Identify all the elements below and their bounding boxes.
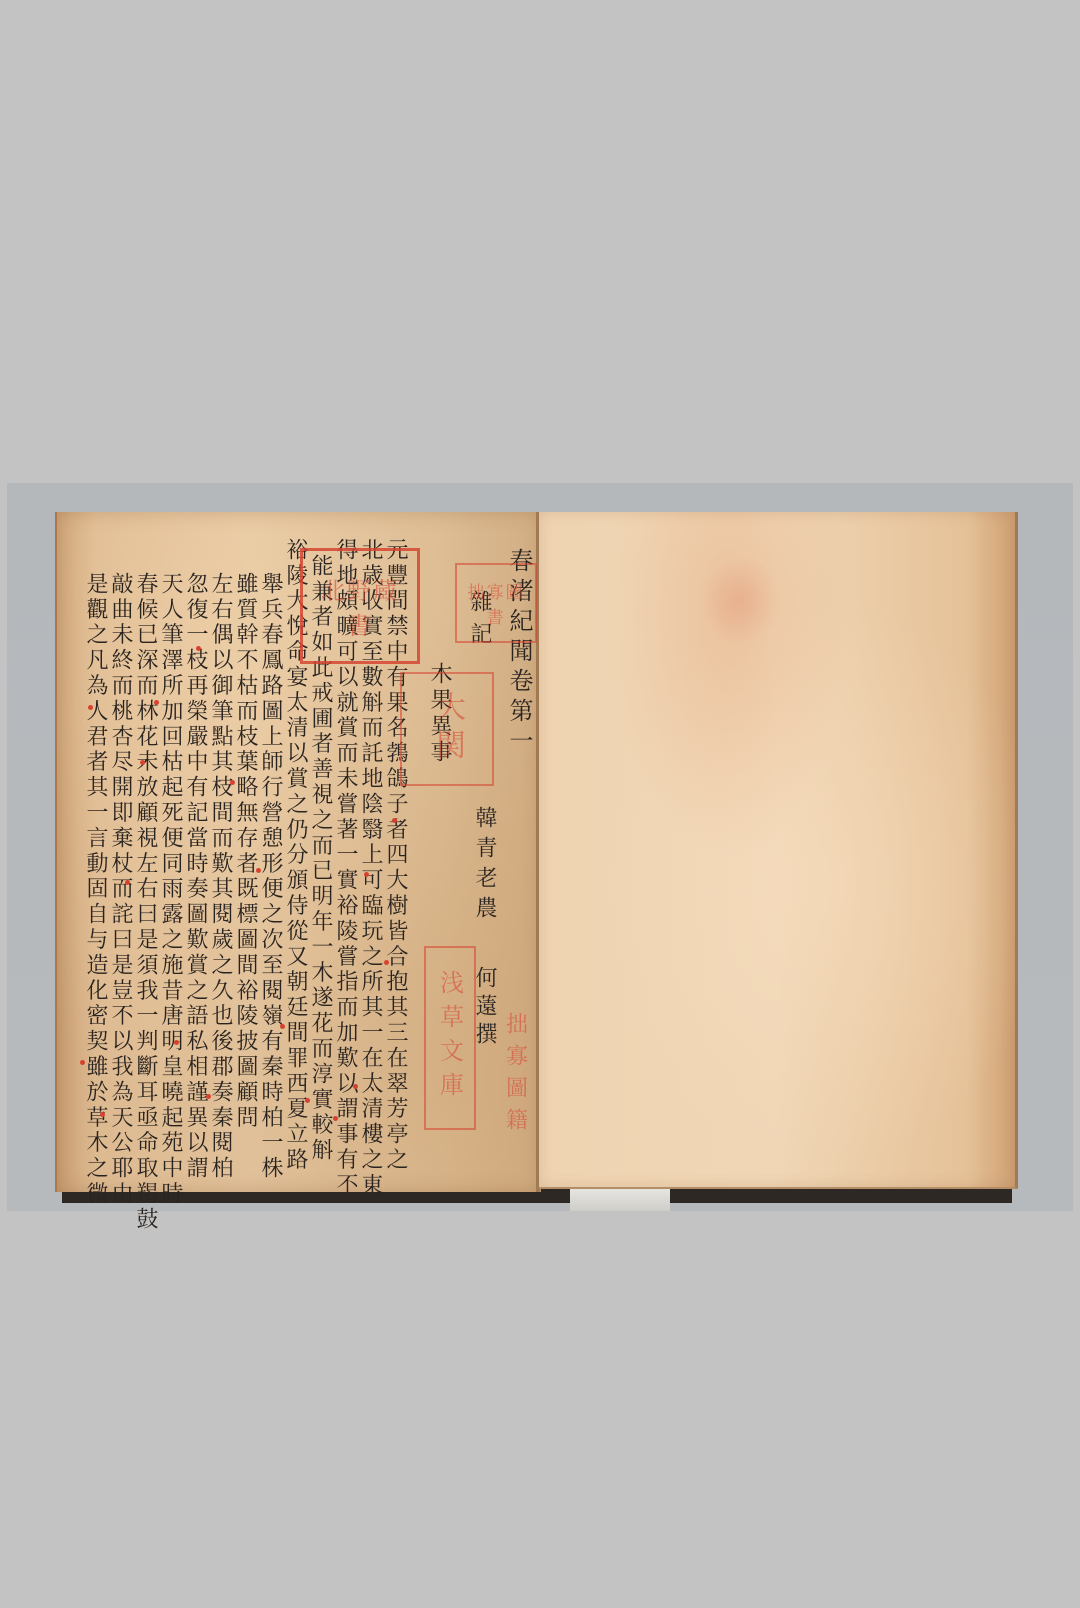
title-seal: 拙寡圖書 [455, 563, 537, 643]
margin-seal: 拙寡圖籍 [498, 1008, 532, 1143]
paper-slip-tab [570, 1188, 670, 1211]
library-seal: 浅草文庫 [424, 946, 476, 1130]
author-name: 韓青老農 [467, 806, 501, 926]
center-seal: 大関 [400, 672, 494, 786]
bleed-through-seal-mark [700, 555, 780, 645]
body-column-13: 是觀之凡為人君者其一言動固自与造化密契雖於草木之微 [78, 572, 112, 1207]
body-seal: 北野蔵書 [300, 548, 420, 664]
